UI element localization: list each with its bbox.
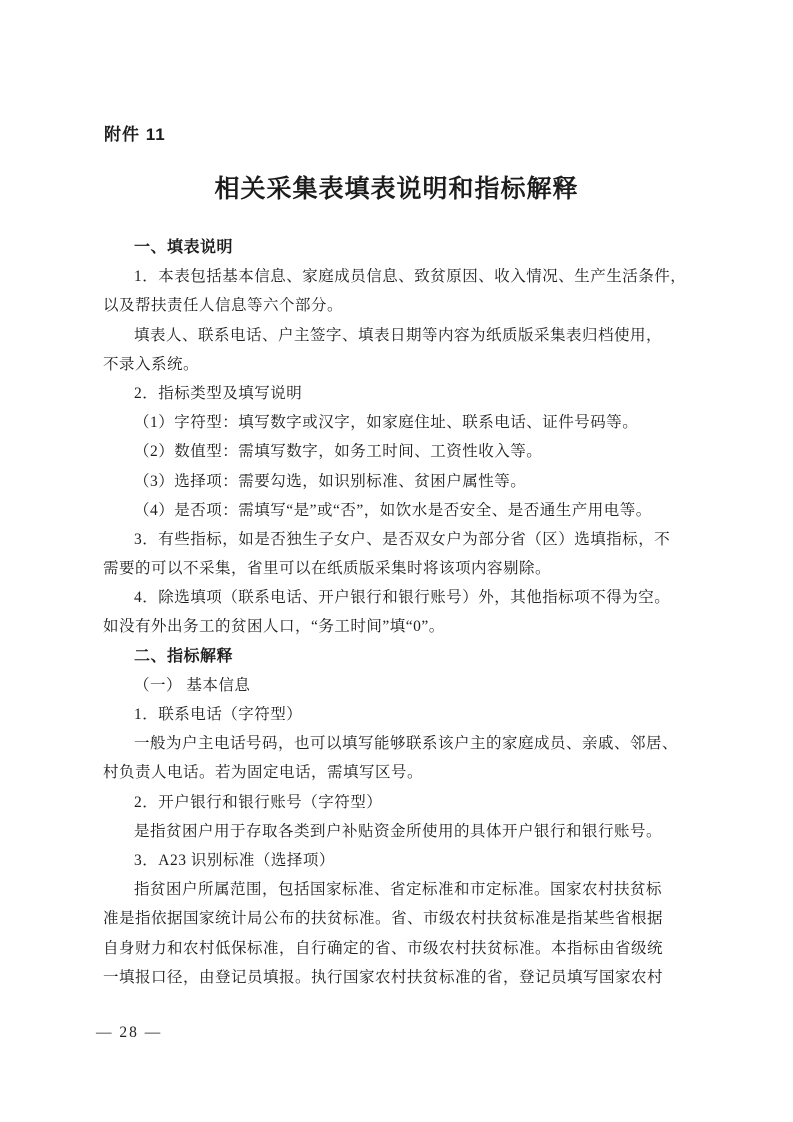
text-line: （4）是否项：需填写“是”或“否”，如饮水是否安全、是否通生产用电等。 [103,496,743,525]
text-line: 准是指依据国家统计局公布的扶贫标准。省、市级农村扶贫标准是指某些省根据 [103,904,743,933]
text-line: 如没有外出务工的贫困人口，“务工时间”填“0”。 [103,612,743,641]
section-heading: 一、填表说明 [103,233,743,262]
document-body: 一、填表说明1．本表包括基本信息、家庭成员信息、致贫原因、收入情况、生产生活条件… [103,233,743,992]
attachment-label: 附件 11 [104,120,166,145]
text-line: 自身财力和农村低保标准，自行确定的省、市级农村扶贫标准。本指标由省级统 [103,934,743,963]
text-line: 以及帮扶责任人信息等六个部分。 [103,291,743,320]
page-number-footer: — 28 — [96,1024,162,1042]
text-line: 需要的可以不采集，省里可以在纸质版采集时将该项内容剔除。 [103,554,743,583]
text-line: 2．开户银行和银行账号（字符型） [103,788,743,817]
text-line: （3）选择项：需要勾选，如识别标准、贫困户属性等。 [103,467,743,496]
text-line: 1．本表包括基本信息、家庭成员信息、致贫原因、收入情况、生产生活条件， [103,262,743,291]
text-line: 指贫困户所属范围，包括国家标准、省定标准和市定标准。国家农村扶贫标 [103,875,743,904]
text-line: （一） 基本信息 [103,671,743,700]
text-line: 3．有些指标，如是否独生子女户、是否双女户为部分省（区）选填指标，不 [103,525,743,554]
text-line: （1）字符型：填写数字或汉字，如家庭住址、联系电话、证件号码等。 [103,408,743,437]
text-line: 4．除选填项（联系电话、开户银行和银行账号）外，其他指标项不得为空。 [103,583,743,612]
text-line: 2．指标类型及填写说明 [103,379,743,408]
section-heading: 二、指标解释 [103,642,743,671]
text-line: 是指贫困户用于存取各类到户补贴资金所使用的具体开户银行和银行账号。 [103,817,743,846]
text-line: 不录入系统。 [103,350,743,379]
document-title: 相关采集表填表说明和指标解释 [0,169,793,205]
text-line: （2）数值型：需填写数字，如务工时间、工资性收入等。 [103,437,743,466]
text-line: 1．联系电话（字符型） [103,700,743,729]
document-page: 附件 11 相关采集表填表说明和指标解释 一、填表说明1．本表包括基本信息、家庭… [0,0,793,1122]
text-line: 填表人、联系电话、户主签字、填表日期等内容为纸质版采集表归档使用， [103,321,743,350]
text-line: 一般为户主电话号码，也可以填写能够联系该户主的家庭成员、亲戚、邻居、 [103,729,743,758]
text-line: 村负责人电话。若为固定电话，需填写区号。 [103,758,743,787]
text-line: 3．A23 识别标准（选择项） [103,846,743,875]
text-line: 一填报口径，由登记员填报。执行国家农村扶贫标准的省，登记员填写国家农村 [103,963,743,992]
